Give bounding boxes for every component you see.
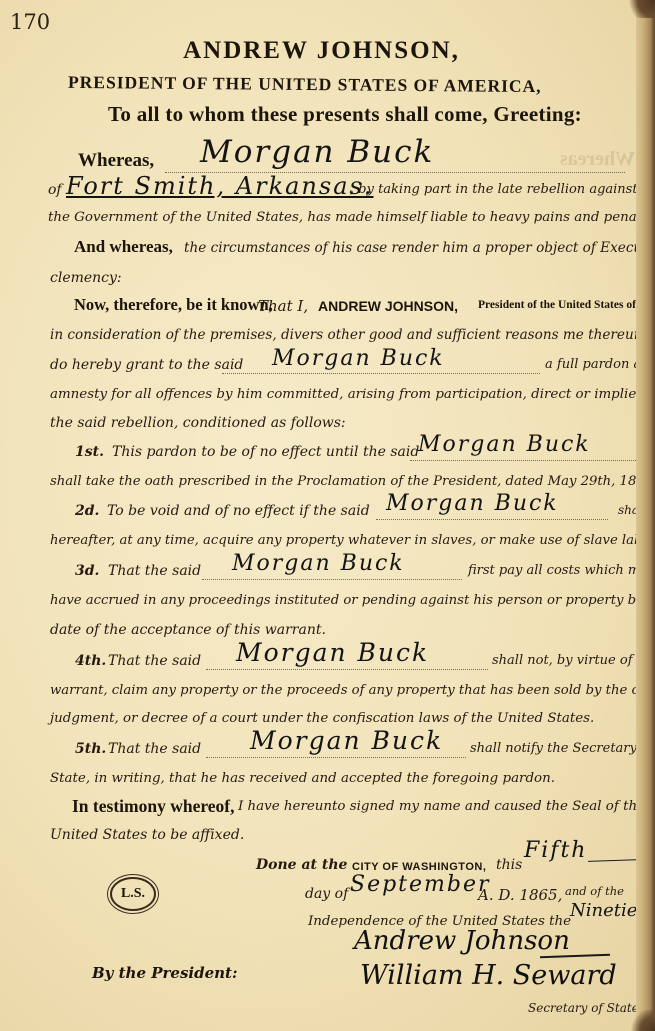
handwritten-month: September — [350, 872, 491, 897]
that-i-label: That I, — [258, 297, 308, 315]
page-number: 170 — [10, 10, 50, 34]
condition-post: shall not, by virtue of this — [492, 653, 643, 668]
handwritten-day: Fifth — [524, 838, 587, 863]
name-dotted-line — [202, 579, 462, 580]
and-of-the-label: and of the — [565, 884, 624, 898]
preamble-line4: clemency: — [50, 270, 122, 286]
condition-pre: This pardon to be of no effect until the… — [112, 444, 419, 460]
handwritten-name: Morgan Buck — [418, 432, 591, 457]
flourish-line — [588, 859, 638, 862]
condition-pre: That the said — [108, 741, 201, 757]
preamble-line3: the circumstances of his case render him… — [184, 240, 643, 256]
greeting: To all to whom these presents shall come… — [108, 102, 582, 127]
condition-cont: have accrued in any proceedings institut… — [50, 593, 643, 608]
name-dotted-line — [206, 757, 466, 758]
condition-cont: warrant, claim any property or the proce… — [50, 683, 643, 698]
name-dotted-line — [206, 669, 488, 670]
book-spine-edge — [636, 0, 655, 1031]
done-at-label: Done at the — [256, 857, 347, 873]
this-label: this — [496, 857, 522, 873]
handwritten-name: Morgan Buck — [232, 551, 405, 576]
day-of-label: day of — [305, 886, 348, 902]
condition-pre: To be void and of no effect if the said — [107, 503, 370, 519]
whereas-label: Whereas, — [78, 150, 154, 172]
grant-line2: in consideration of the premises, divers… — [50, 327, 643, 343]
seal-ls: L.S. — [110, 877, 156, 911]
handwritten-name: Morgan Buck — [200, 134, 434, 170]
testimony-label: In testimony whereof, — [72, 796, 235, 817]
handwritten-name: Morgan Buck — [272, 346, 445, 371]
condition-ordinal: 4th. — [75, 653, 106, 669]
and-whereas-label: And whereas, — [74, 237, 173, 257]
document-subtitle: PRESIDENT OF THE UNITED STATES OF AMERIC… — [68, 72, 542, 97]
grant-line4: amnesty for all offences by him committe… — [50, 387, 643, 402]
condition-ordinal: 2d. — [75, 503, 99, 519]
condition-ordinal: 1st. — [75, 444, 104, 460]
preamble-line2: the Government of the United States, has… — [48, 210, 643, 225]
name-dotted-line — [222, 373, 540, 374]
condition-cont: State, in writing, that he has received … — [50, 771, 555, 786]
seal-label: L.S. — [121, 886, 145, 902]
testimony-line2: United States to be affixed. — [50, 827, 244, 843]
handwritten-name: Morgan Buck — [236, 638, 429, 667]
secretary-signature: William H. Seward — [360, 960, 617, 991]
handwritten-name: Morgan Buck — [386, 491, 559, 516]
bleed-through-text: Whereas — [560, 148, 635, 171]
president-signature: Andrew Johnson — [354, 926, 570, 956]
grant-line3-post: a full pardon and — [545, 357, 643, 372]
preamble-line1: , by taking part in the late rebellion a… — [350, 182, 638, 197]
condition-cont: judgment, or decree of a court under the… — [50, 711, 594, 726]
handwritten-name: Morgan Buck — [250, 726, 443, 755]
document-page: 170 Whereas ANDREW JOHNSON, PRESIDENT OF… — [0, 0, 643, 1031]
president-title-inline: President of the United States of Americ… — [478, 299, 643, 311]
grant-line5: the said rebellion, conditioned as follo… — [50, 415, 346, 431]
condition-cont: date of the acceptance of this warrant. — [50, 622, 326, 638]
handwritten-year-independence: Ninetieth — [570, 900, 643, 921]
binding-corner-bottom — [630, 1010, 655, 1031]
name-dotted-line — [376, 519, 608, 520]
condition-post: first pay all costs which may — [468, 563, 643, 578]
testimony-line1: I have hereunto signed my name and cause… — [238, 799, 643, 814]
of-label: of — [48, 182, 62, 198]
condition-cont: shall take the oath prescribed in the Pr… — [50, 474, 643, 489]
grant-line3-pre: do hereby grant to the said — [50, 357, 243, 373]
president-name-inline: ANDREW JOHNSON, — [318, 298, 458, 314]
binding-corner-top — [625, 0, 655, 18]
name-dotted-line — [410, 460, 640, 461]
secretary-title: Secretary of State. — [528, 1001, 643, 1015]
now-therefore-label: Now, therefore, be it known, — [74, 295, 273, 315]
condition-post: shall notify the Secretary of — [470, 741, 643, 756]
by-the-president-label: By the President: — [92, 964, 238, 982]
condition-cont: hereafter, at any time, acquire any prop… — [50, 533, 643, 548]
condition-ordinal: 5th. — [75, 741, 106, 757]
condition-pre: That the said — [108, 653, 201, 669]
condition-pre: That the said — [108, 563, 201, 579]
handwritten-residence: Fort Smith, Arkansas. — [66, 172, 373, 200]
document-title: ANDREW JOHNSON, — [0, 37, 643, 65]
anno-domini: A. D. 1865, — [478, 886, 562, 904]
condition-ordinal: 3d. — [75, 563, 99, 579]
